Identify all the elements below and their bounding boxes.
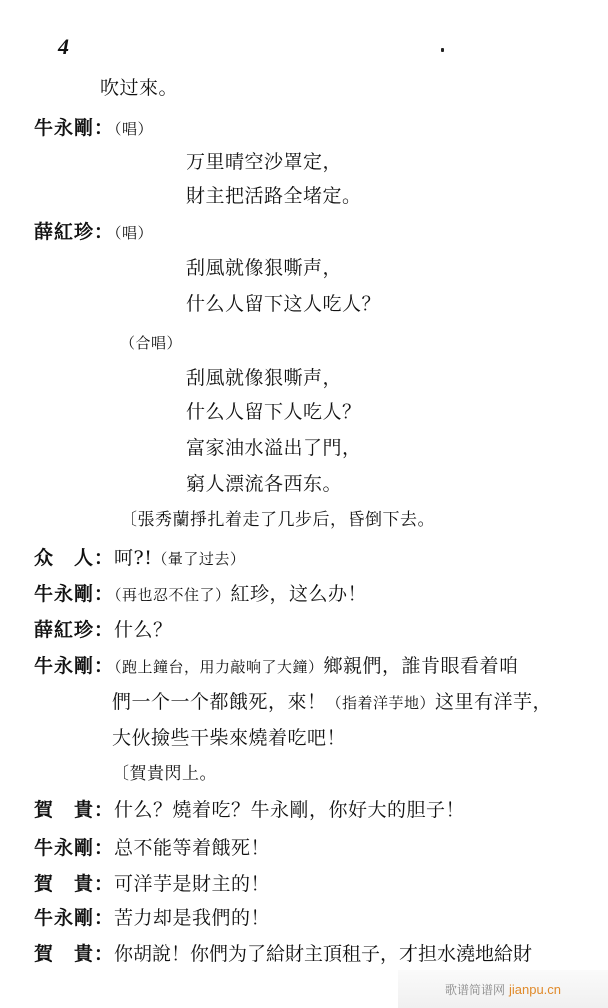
stage-direction: （唱） — [114, 120, 153, 138]
script-line: 牛永剛：（唱） — [34, 116, 153, 141]
speaker-name: 牛永剛： — [34, 117, 114, 139]
lyric-line: 富家油水溢出了門， — [186, 436, 362, 460]
dialogue-text: 紅珍，这么办！ — [231, 583, 368, 605]
lyric-text: 什么人留下人吃人？ — [186, 401, 362, 423]
lyric-text: 万里晴空沙罩定， — [186, 151, 342, 173]
dialogue-text: 什么？ — [114, 619, 173, 641]
lyric-line: 財主把活路全堵定。 — [186, 184, 362, 208]
lyric-line: 什么人留下这人吃人？ — [186, 292, 381, 316]
speaker-name: 薛紅珍： — [34, 221, 114, 243]
dialogue-text: 可洋芋是財主的！ — [114, 873, 270, 895]
dialogue-text: 什么？燒着吃？牛永剛，你好大的胆子！ — [114, 799, 465, 821]
script-line: 牛永剛：（跑上鐘台，用力敲响了大鐘）鄉親們，誰肯眼看着咱 — [34, 654, 519, 679]
script-line: （合唱） — [120, 330, 182, 355]
dialogue-text: 吹过來。 — [100, 77, 178, 99]
watermark-url: jianpu.cn — [509, 982, 561, 997]
lyric-text: 什么人留下这人吃人？ — [186, 293, 381, 315]
dialogue-text: 呵?! — [114, 547, 152, 569]
stage-direction: （合唱） — [120, 334, 182, 352]
lyric-line: 刮風就像狠嘶声， — [186, 256, 342, 280]
script-line: 大伙撿些干柴來燒着吃吧！ — [112, 726, 346, 750]
stage-direction: 〔賀貴閃上。 — [112, 764, 217, 784]
speaker-name: 薛紅珍： — [34, 619, 114, 641]
script-line: 賀 貴：什么？燒着吃？牛永剛，你好大的胆子！ — [34, 798, 465, 822]
lyric-text: 刮風就像狠嘶声， — [186, 367, 342, 389]
dialogue-text: 这里有洋芋， — [435, 691, 552, 713]
dialogue-text: 总不能等着餓死！ — [114, 837, 270, 859]
lyric-line: 刮風就像狠嘶声， — [186, 366, 342, 390]
stage-direction: （指着洋芋地） — [327, 694, 436, 712]
script-line: 們一个一个都餓死，來！（指着洋芋地）这里有洋芋， — [112, 690, 552, 715]
lyric-line: 万里晴空沙罩定， — [186, 150, 342, 174]
stage-direction: （再也忍不住了） — [114, 586, 231, 604]
stage-direction: 〔張秀蘭掙扎着走了几步后，昏倒下去。 — [120, 510, 435, 530]
lyric-text: 富家油水溢出了門， — [186, 437, 362, 459]
lyric-line: 什么人留下人吃人？ — [186, 400, 362, 424]
dialogue-text: 大伙撿些干柴來燒着吃吧！ — [112, 727, 346, 749]
page-number: 4 — [58, 34, 69, 60]
stage-direction: （唱） — [114, 224, 153, 242]
lyric-text: 財主把活路全堵定。 — [186, 185, 362, 207]
script-line: 吹过來。 — [100, 76, 178, 100]
speaker-name: 牛永剛： — [34, 907, 114, 929]
script-line: 牛永剛：（再也忍不住了）紅珍，这么办！ — [34, 582, 367, 607]
speaker-name: 賀 貴： — [34, 943, 114, 965]
lyric-text: 刮風就像狠嘶声， — [186, 257, 342, 279]
speaker-name: 賀 貴： — [34, 799, 114, 821]
dialogue-text: 們一个一个都餓死，來！ — [112, 691, 327, 713]
script-line: 牛永剛：苦力却是我們的！ — [34, 906, 270, 930]
stage-direction: （暈了过去） — [152, 550, 245, 568]
script-line: 薛紅珍：什么？ — [34, 618, 173, 642]
lyric-text: 窮人漂流各西东。 — [186, 473, 342, 495]
script-line: 牛永剛：总不能等着餓死！ — [34, 836, 270, 860]
stage-direction-line: 〔賀貴閃上。 — [112, 762, 217, 786]
speaker-name: 牛永剛： — [34, 655, 114, 677]
speaker-name: 众 人： — [34, 547, 114, 569]
script-line: 众 人：呵?!（暈了过去） — [34, 546, 245, 571]
dialogue-text: 鄉親們，誰肯眼看着咱 — [324, 655, 519, 677]
stage-direction-line: 〔張秀蘭掙扎着走了几步后，昏倒下去。 — [120, 508, 435, 532]
dialogue-text: 你胡說！你們为了給財主頂租子，才担水澆地給財 — [114, 943, 532, 965]
script-line: 賀 貴：可洋芋是財主的！ — [34, 872, 270, 896]
watermark: 歌谱简谱网 jianpu.cn — [398, 970, 608, 1008]
lyric-line: 窮人漂流各西东。 — [186, 472, 342, 496]
speaker-name: 牛永剛： — [34, 583, 114, 605]
script-line: 薛紅珍：（唱） — [34, 220, 153, 245]
speaker-name: 賀 貴： — [34, 873, 114, 895]
speaker-name: 牛永剛： — [34, 837, 114, 859]
watermark-site-name: 歌谱简谱网 — [445, 981, 505, 998]
script-line: 賀 貴：你胡說！你們为了給財主頂租子，才担水澆地給財 — [34, 942, 532, 966]
stage-direction: （跑上鐘台，用力敲响了大鐘） — [114, 658, 324, 676]
dialogue-text: 苦力却是我們的！ — [114, 907, 270, 929]
print-speck — [441, 48, 444, 52]
